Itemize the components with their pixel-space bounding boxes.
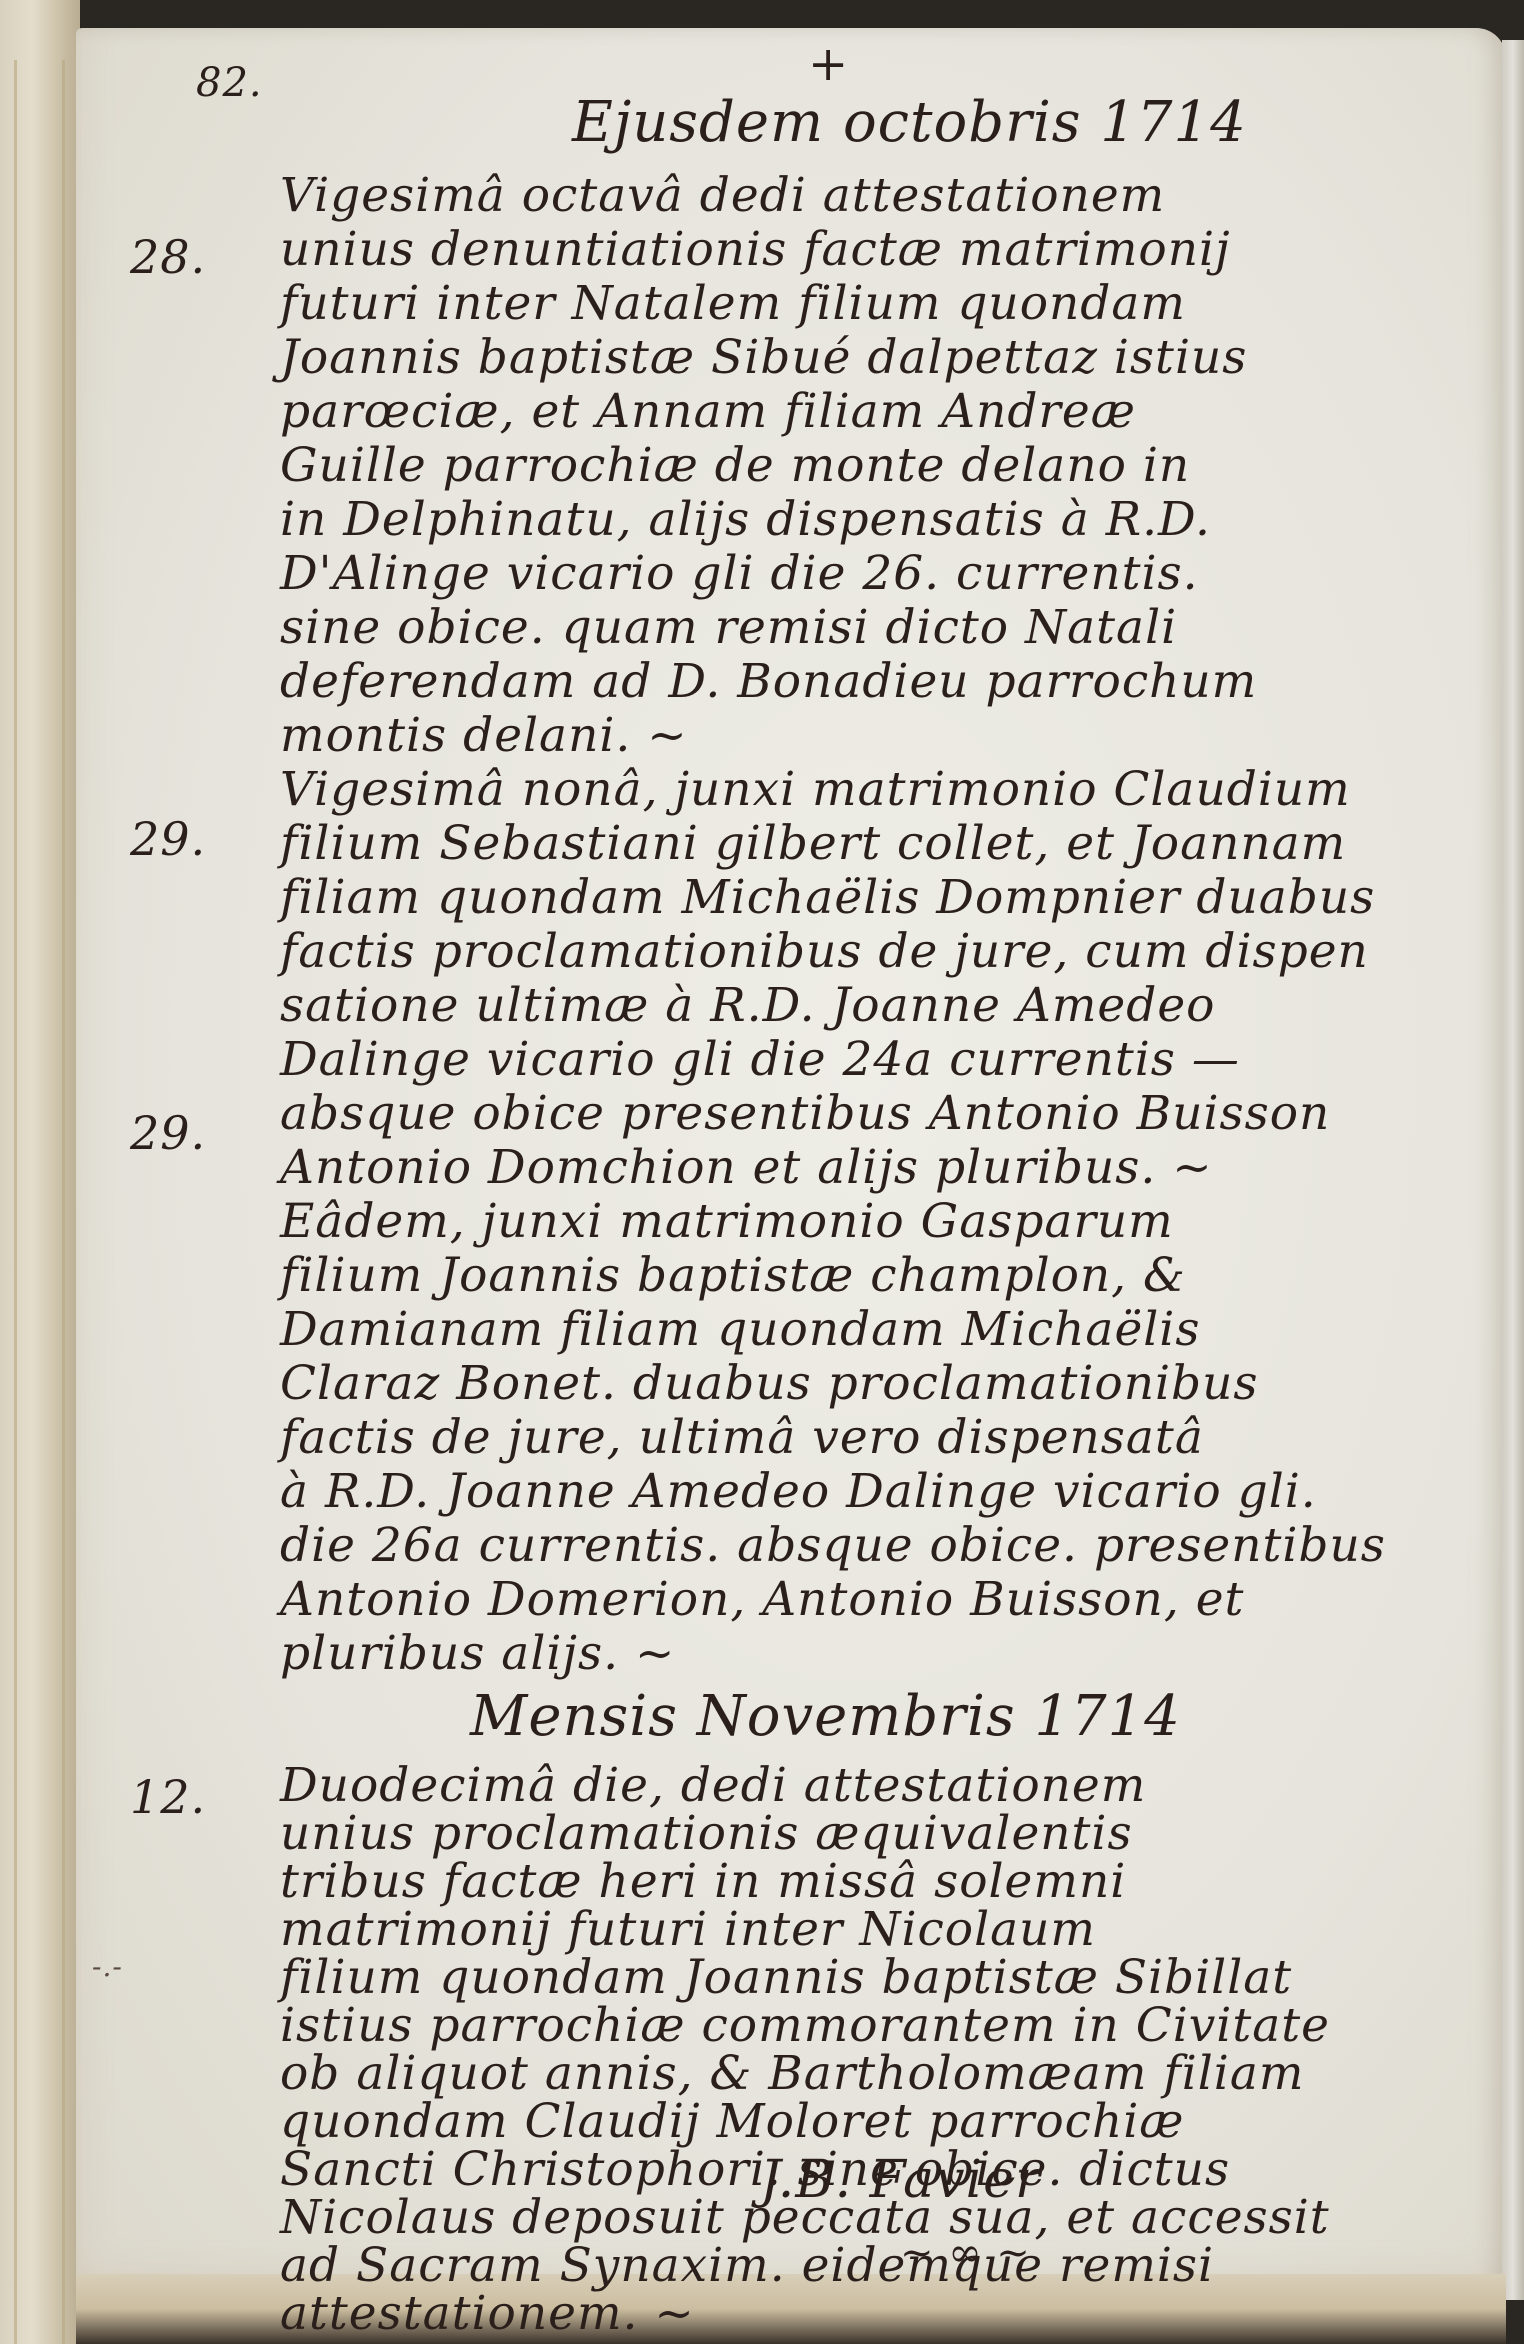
entry-line: tribus factæ heri in missâ solemni — [280, 1854, 1126, 1909]
entry-line: quondam Claudij Moloret parrochiæ — [280, 2094, 1184, 2149]
entry-line: absque obice presentibus Antonio Buisson — [280, 1086, 1330, 1141]
entry-line: pluribus alijs. ~ — [280, 1626, 675, 1681]
entry-line: die 26a currentis. absque obice. present… — [280, 1518, 1386, 1573]
signature: J.B. Favier — [760, 2150, 1041, 2210]
entry-line: attestationem. ~ — [280, 2286, 695, 2341]
entry-line: Joannis baptistæ Sibué dalpettaz istius — [280, 330, 1247, 385]
entry-line: istius parrochiæ commorantem in Civitate — [280, 1998, 1330, 2053]
entry-line: filium Joannis baptistæ champlon, & — [280, 1248, 1186, 1303]
entry-line: futuri inter Natalem filium quondam — [280, 276, 1186, 331]
entry-line: D'Alinge vicario gli die 26. currentis. — [280, 546, 1199, 601]
entry-line: Vigesimâ nonâ, junxi matrimonio Claudium — [280, 762, 1351, 817]
entry-day: 28. — [130, 230, 206, 284]
entry-line: ad Sacram Synaxim. eidemque remisi — [280, 2238, 1214, 2293]
entry-line: Claraz Bonet. duabus proclamationibus — [280, 1356, 1259, 1411]
spine-fold — [62, 60, 65, 2344]
entry-line: sine obice. quam remisi dicto Natali — [280, 600, 1177, 655]
entry-line: Eâdem, junxi matrimonio Gasparum — [280, 1194, 1174, 1249]
entry-line: Sancti Christophori. sine obice. dictus — [280, 2142, 1230, 2197]
entry-line: Damianam filiam quondam Michaëlis — [280, 1302, 1200, 1357]
entry-line: Dalinge vicario gli die 24a currentis — — [280, 1032, 1240, 1087]
entry-day: 29. — [130, 1106, 206, 1160]
spine-fold — [14, 60, 17, 2344]
page-number: 82. — [196, 60, 263, 106]
entry-line: matrimonij futuri inter Nicolaum — [280, 1902, 1096, 1957]
book-spine — [0, 0, 80, 2344]
entry-line: montis delani. ~ — [280, 708, 688, 763]
entry-line: filium quondam Joannis baptistæ Sibillat — [280, 1950, 1292, 2005]
entry-line: Antonio Domchion et alijs pluribus. ~ — [280, 1140, 1213, 1195]
page-edge-right — [1502, 40, 1524, 2300]
entry-line: Antonio Domerion, Antonio Buisson, et — [280, 1572, 1244, 1627]
entry-line: factis proclamationibus de jure, cum dis… — [280, 924, 1369, 979]
entry-day: 29. — [130, 812, 206, 866]
entry-line: satione ultimæ à R.D. Joanne Amedeo — [280, 978, 1215, 1033]
entry-line: in Delphinatu, alijs dispensatis à R.D. — [280, 492, 1211, 547]
entry-line: filium Sebastiani gilbert collet, et Joa… — [280, 816, 1346, 871]
margin-mark: -.- — [92, 1950, 123, 1983]
entry-line: deferendam ad D. Bonadieu parrochum — [280, 654, 1257, 709]
entry-line: ob aliquot annis, & Bartholomæam filiam — [280, 2046, 1304, 2101]
entry-line: Duodecimâ die, dedi attestationem — [280, 1758, 1146, 1813]
signature-flourish: ~ ∞ ~ — [900, 2230, 1031, 2276]
entry-line: unius proclamationis æquivalentis — [280, 1806, 1133, 1861]
entry-line: Guille parrochiæ de monte delano in — [280, 438, 1190, 493]
entry-line: parœciæ, et Annam filiam Andreæ — [280, 384, 1136, 439]
section-heading-october: Ejusdem octobris 1714 — [572, 90, 1247, 155]
entry-line: à R.D. Joanne Amedeo Dalinge vicario gli… — [280, 1464, 1317, 1519]
entry-line: filiam quondam Michaëlis Dompnier duabus — [280, 870, 1375, 925]
entry-line: factis de jure, ultimâ vero dispensatâ — [280, 1410, 1204, 1465]
cross-icon: + — [808, 36, 849, 92]
entry-line: unius denuntiationis factæ matrimonij — [280, 222, 1231, 277]
entry-day: 12. — [130, 1770, 206, 1824]
section-heading-november: Mensis Novembris 1714 — [470, 1684, 1181, 1749]
entry-line: Vigesimâ octavâ dedi attestationem — [280, 168, 1165, 223]
